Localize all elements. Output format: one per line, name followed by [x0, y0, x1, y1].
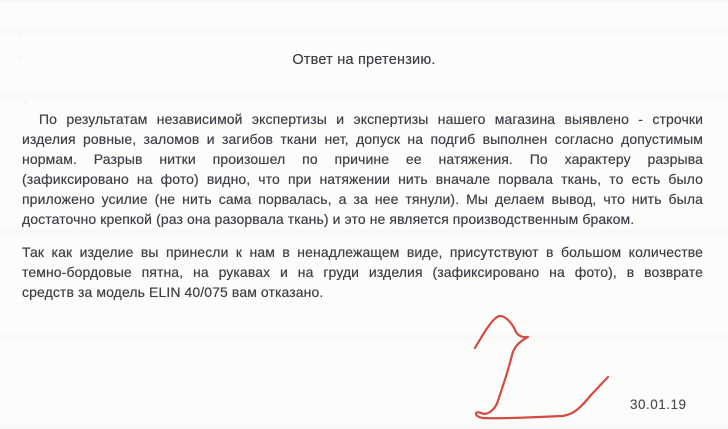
text-line: достаточно крепкой (раз она разорвала тк… [22, 209, 703, 229]
text-line: средств за модель ELIN 40/075 вам отказа… [22, 282, 703, 302]
paragraph-expertise: По результатам независимой экспертизы и … [22, 109, 703, 229]
text-line: (зафиксировано на фото) видно, что при н… [22, 169, 703, 189]
text-line: нормам. Разрыв нитки произошел по причин… [22, 149, 703, 169]
text-line: изделия ровные, заломов и загибов ткани … [22, 129, 703, 149]
signature-stroke [475, 316, 608, 418]
text-line: темно-бордовые пятна, на рукавах и на гр… [22, 262, 703, 282]
document-title: Ответ на претензию. [0, 52, 728, 68]
text-line: Так как изделие вы принесли к нам в нена… [22, 242, 703, 262]
scan-artifact-specks [0, 0, 2, 2]
paragraph-refusal: Так как изделие вы принесли к нам в нена… [22, 242, 703, 302]
text-line: По результатам независимой экспертизы и … [22, 109, 703, 129]
date-text: 30.01.19 [630, 397, 687, 412]
handwritten-signature-ink [458, 306, 623, 429]
scanned-letter-page: Ответ на претензию. По результатам незав… [0, 0, 728, 429]
text-line: приложено усилие (не нить сама порвалась… [22, 189, 703, 209]
